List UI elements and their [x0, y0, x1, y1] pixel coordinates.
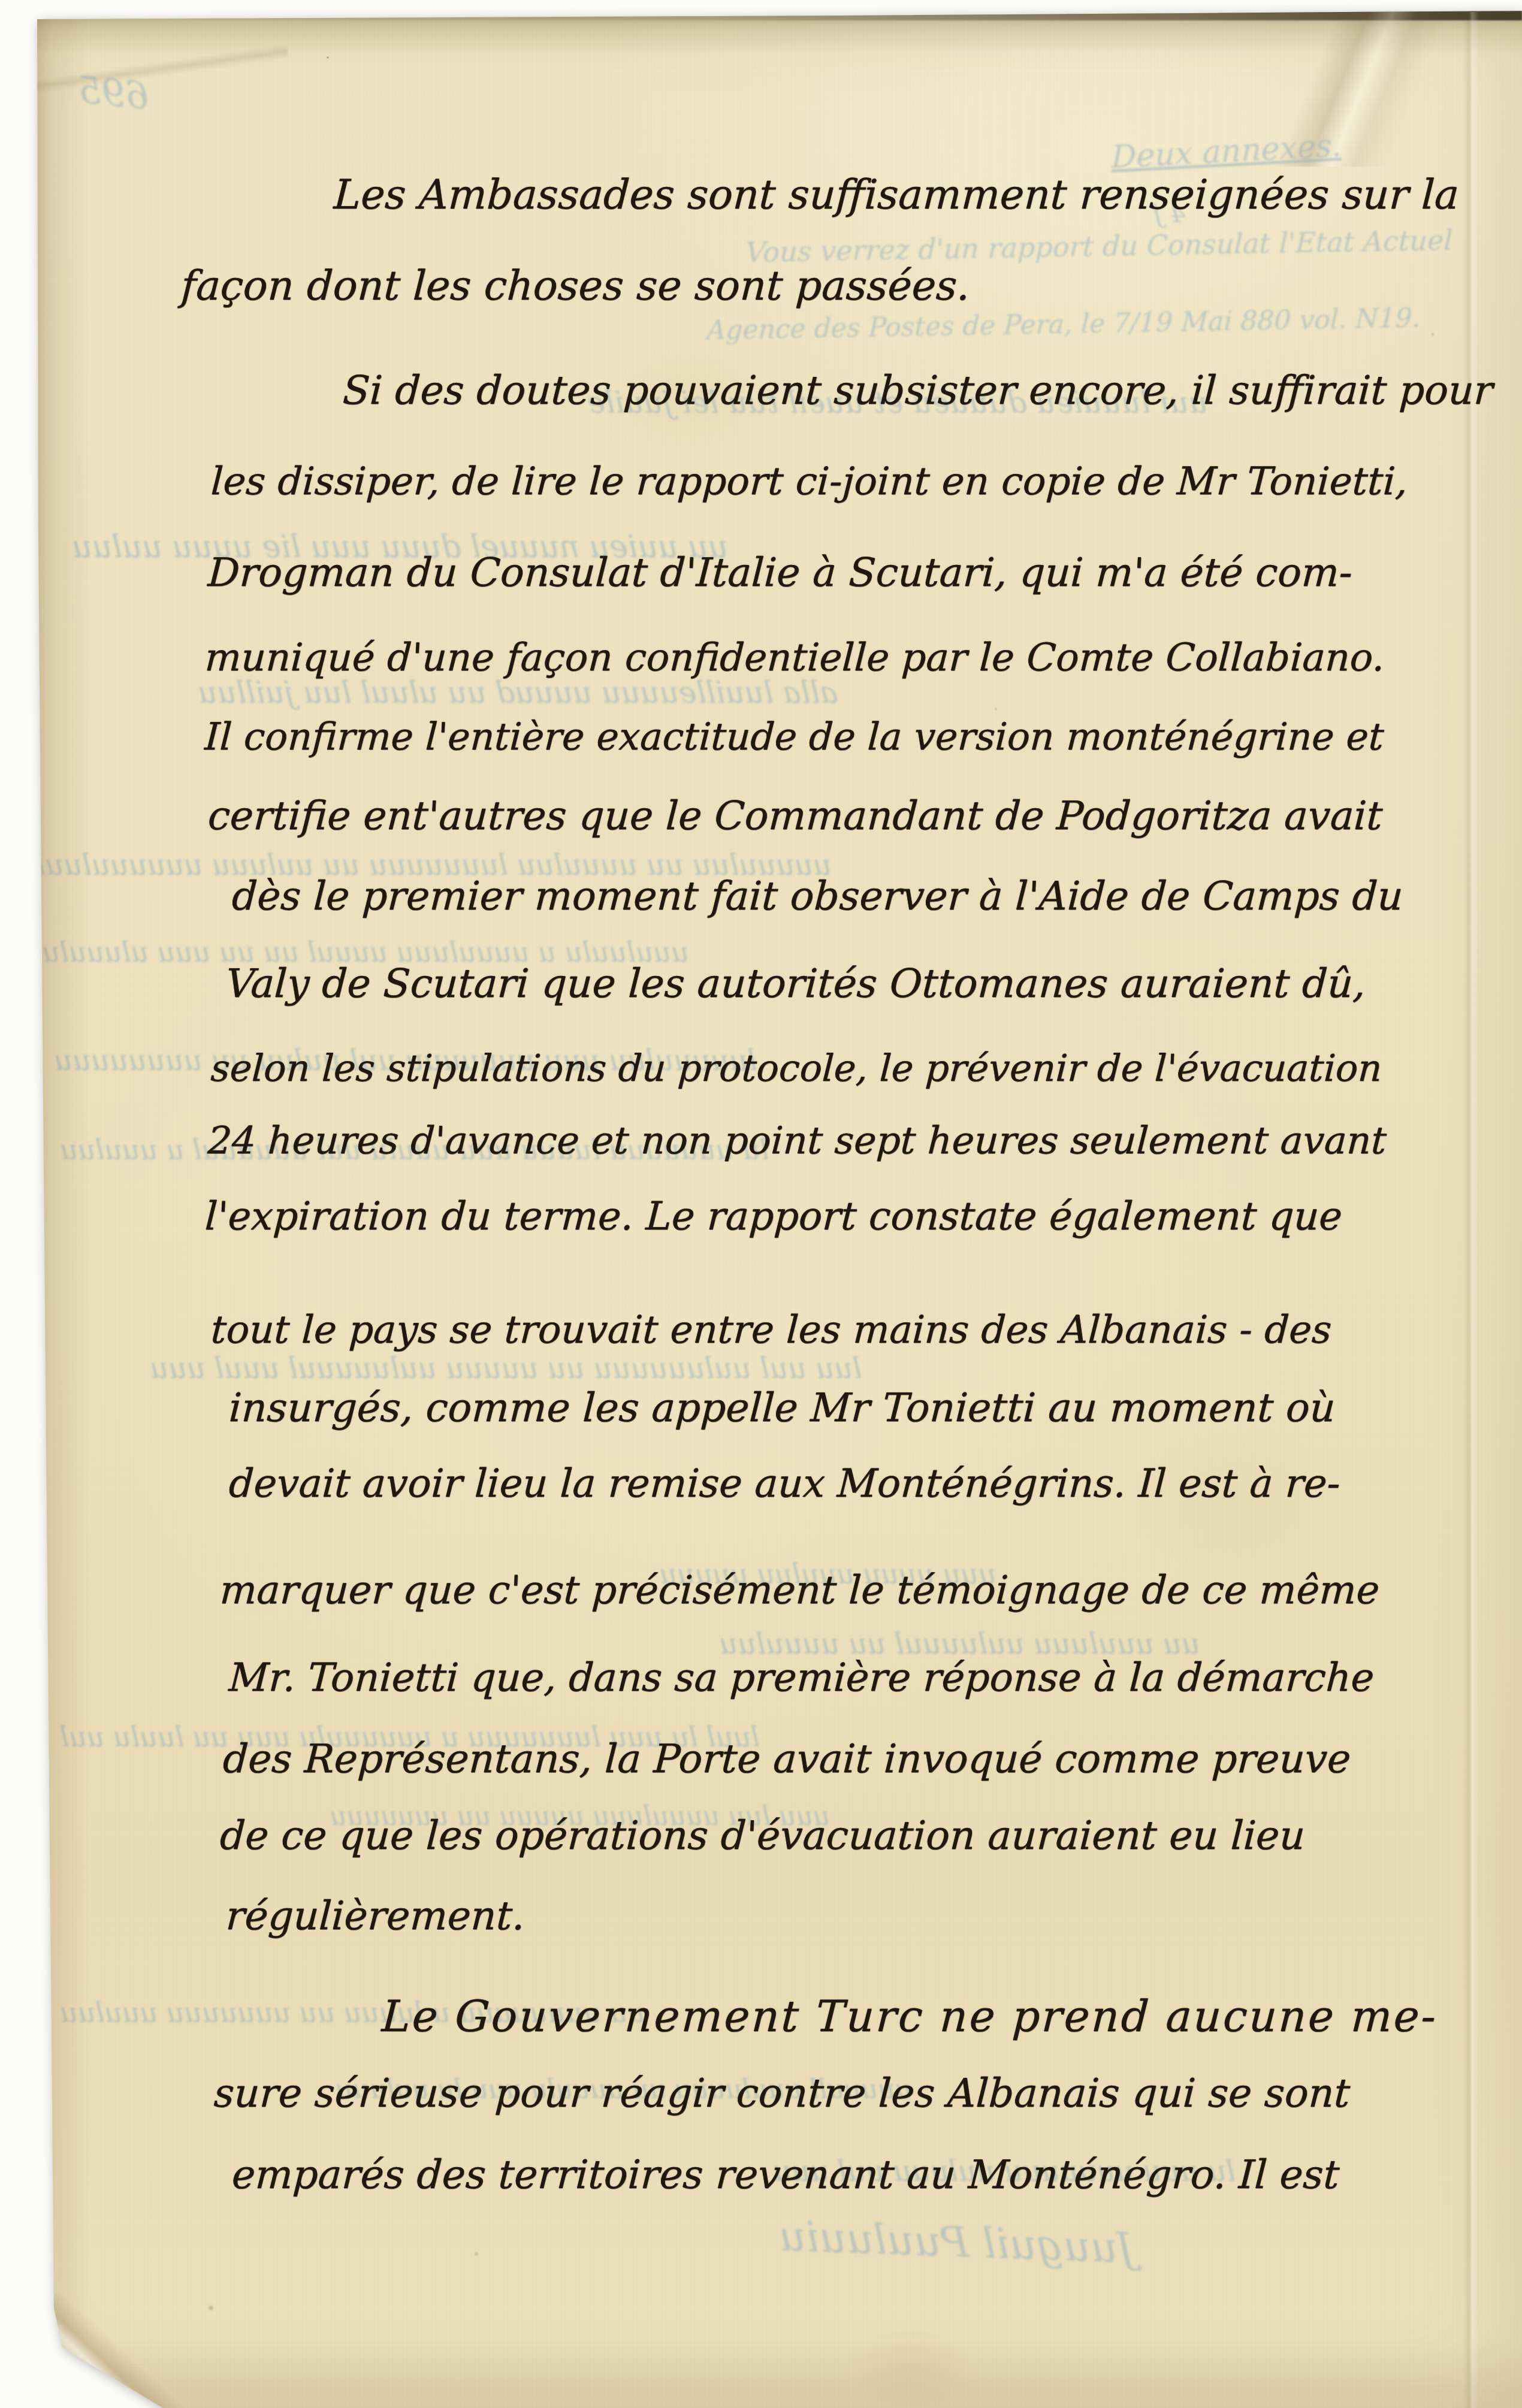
manuscript-page: 695Deux annexes.4 jVous verrez d'un rapp…	[0, 0, 1522, 2408]
edge-shading	[0, 0, 1522, 2408]
scan-backdrop: 695Deux annexes.4 jVous verrez d'un rapp…	[0, 0, 1522, 2408]
paper-sheet: 695Deux annexes.4 jVous verrez d'un rapp…	[0, 0, 1522, 2408]
